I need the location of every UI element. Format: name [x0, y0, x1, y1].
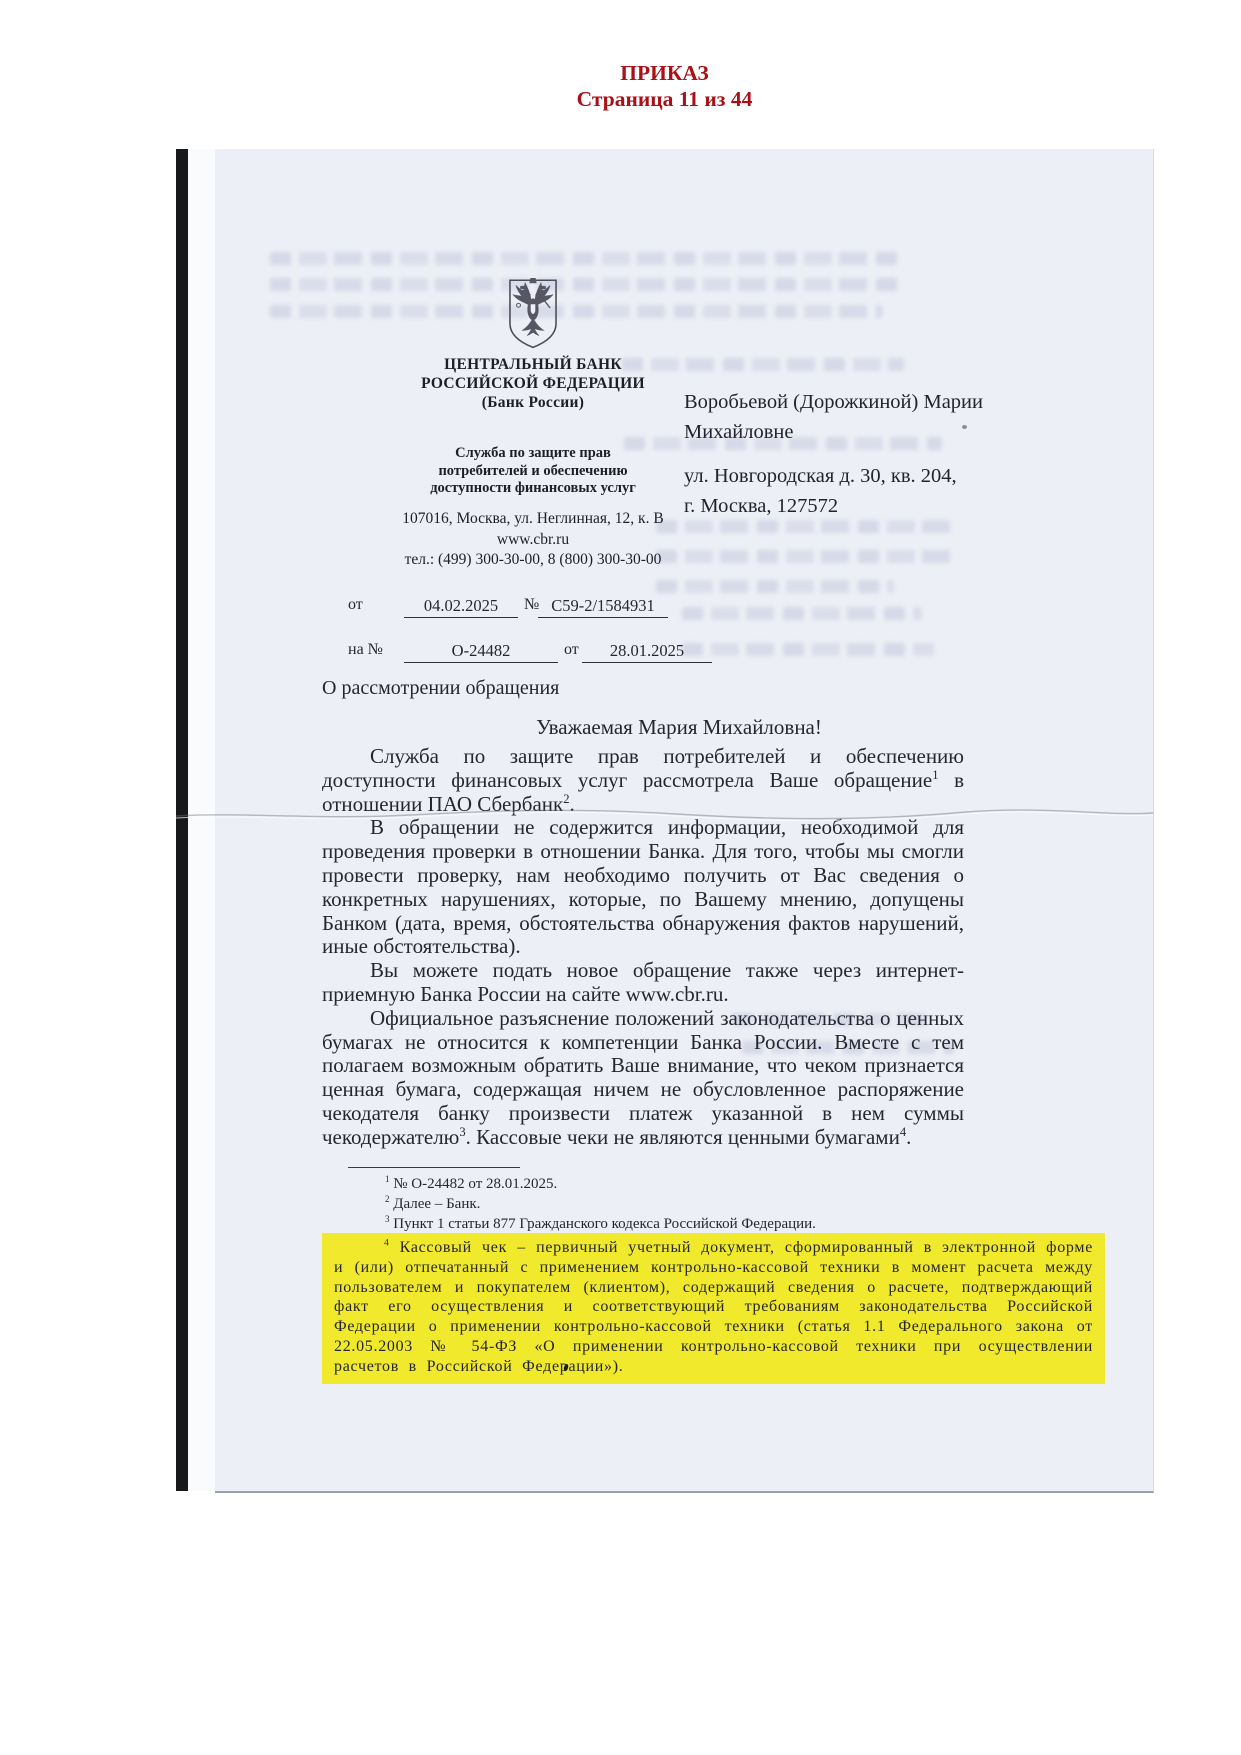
- outgoing-number: С59-2/1584931: [538, 596, 668, 618]
- viewer-header: ПРИКАЗ Страница 11 из 44: [176, 60, 1153, 112]
- document-type-heading: ПРИКАЗ: [176, 60, 1153, 86]
- bleed-through-artifact: [270, 252, 900, 265]
- bank-name-line: (Банк России): [333, 393, 733, 412]
- recipient-name-line: Михайловне: [684, 417, 1104, 447]
- ref-label-na-no: на №: [348, 641, 383, 659]
- ref-label-ot2: от: [564, 641, 579, 659]
- bank-name-line: РОССИЙСКОЙ ФЕДЕРАЦИИ: [333, 374, 733, 393]
- paragraph: Вы можете подать новое обращение также ч…: [322, 959, 964, 1007]
- bleed-through-artifact: [656, 580, 894, 593]
- reference-row-outgoing: от 04.02.2025 № С59-2/1584931: [176, 596, 876, 618]
- recipient-address-line: г. Москва, 127572: [684, 491, 1104, 521]
- bleed-through-artifact: [270, 278, 905, 291]
- bank-name-line: ЦЕНТРАЛЬНЫЙ БАНК: [333, 355, 733, 374]
- department-line: потребителей и обеспечению: [333, 463, 733, 481]
- letterhead-address: 107016, Москва, ул. Неглинная, 12, к. В: [333, 509, 733, 530]
- page-counter: Страница 11 из 44: [176, 86, 1153, 112]
- incoming-number: О-24482: [404, 641, 558, 663]
- footnote-4: 4 Кассовый чек – первичный учетный докум…: [334, 1238, 1093, 1377]
- scanned-letter: ЦЕНТРАЛЬНЫЙ БАНК РОССИЙСКОЙ ФЕДЕРАЦИИ (Б…: [176, 149, 1153, 1491]
- subject-line: О рассмотрении обращения: [322, 677, 559, 700]
- footnote-4-highlighted: 4 Кассовый чек – первичный учетный докум…: [322, 1233, 1105, 1384]
- page: ПРИКАЗ Страница 11 из 44: [0, 0, 1241, 1755]
- bleed-through-artifact: [270, 305, 882, 318]
- footnote-2: 2 Далее – Банк.: [335, 1195, 1105, 1215]
- ref-label-ot: от: [348, 596, 363, 614]
- small-mark-artifact: [962, 425, 967, 429]
- footnotes: 1 № О-24482 от 28.01.2025. 2 Далее – Бан…: [335, 1175, 1105, 1234]
- recipient-block: Воробьевой (Дорожкиной) Марии Михайловне…: [684, 387, 1104, 521]
- footnote-3: 3 Пункт 1 статьи 877 Гражданского кодекс…: [335, 1215, 1105, 1235]
- incoming-date: 28.01.2025: [582, 641, 712, 663]
- recipient-address-line: ул. Новгородская д. 30, кв. 204,: [684, 461, 1104, 491]
- reference-row-incoming: на № О-24482 от 28.01.2025: [176, 641, 876, 663]
- russia-coat-of-arms-icon: [500, 275, 566, 354]
- footnote-separator: [348, 1167, 520, 1168]
- letterhead-website: www.cbr.ru: [333, 530, 733, 551]
- letterhead-phone: тел.: (499) 300-30-00, 8 (800) 300-30-00: [333, 550, 733, 571]
- paragraph: Официальное разъяснение положений законо…: [322, 1007, 964, 1150]
- department-line: доступности финансовых услуг: [333, 480, 733, 498]
- paragraph: В обращении не содержится информации, не…: [322, 816, 964, 959]
- outgoing-date: 04.02.2025: [404, 596, 518, 618]
- letterhead-contacts: 107016, Москва, ул. Неглинная, 12, к. В …: [333, 509, 733, 571]
- department-line: Служба по защите прав: [333, 445, 733, 463]
- paper-crease-artifact: [176, 799, 1153, 825]
- recipient-name-line: Воробьевой (Дорожкиной) Марии: [684, 387, 1104, 417]
- department-name: Служба по защите прав потребителей и обе…: [333, 445, 733, 498]
- salutation: Уважаемая Мария Михайловна!: [322, 715, 1000, 740]
- bank-name: ЦЕНТРАЛЬНЫЙ БАНК РОССИЙСКОЙ ФЕДЕРАЦИИ (Б…: [333, 355, 733, 412]
- numero-sign: №: [524, 596, 539, 614]
- footnote-1: 1 № О-24482 от 28.01.2025.: [335, 1175, 1105, 1195]
